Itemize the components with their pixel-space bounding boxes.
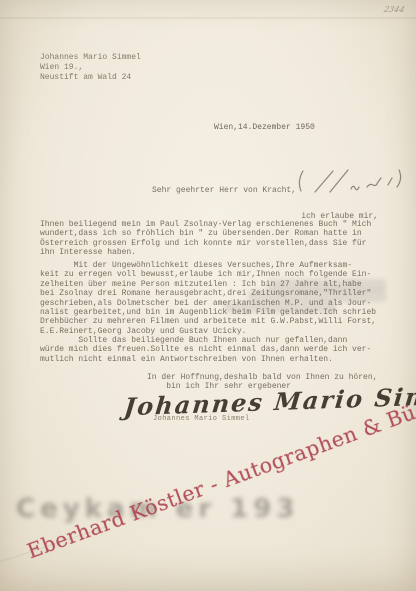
- letter-page: 2344 Johannes Mario Simmel Wien 19., Neu…: [0, 0, 416, 591]
- sender-address-block: Johannes Mario Simmel Wien 19., Neustift…: [40, 53, 141, 82]
- date-line: Wien,14.Dezember 1950: [214, 123, 315, 132]
- paragraph-3: Sollte das beiliegende Buch Ihnen auch n…: [40, 336, 371, 364]
- scan-smudge: [248, 290, 386, 302]
- pencil-catalog-number: 2344: [383, 5, 406, 14]
- pencil-annotation-scribble: [293, 165, 411, 197]
- paper-crease: [0, 17, 416, 20]
- paragraph-1: Ihnen beiliegend mein im Paul Zsolnay-Ve…: [40, 220, 371, 258]
- scan-smudge: [224, 302, 336, 313]
- salutation-line: Sehr geehrter Herr von Kracht,: [152, 186, 296, 195]
